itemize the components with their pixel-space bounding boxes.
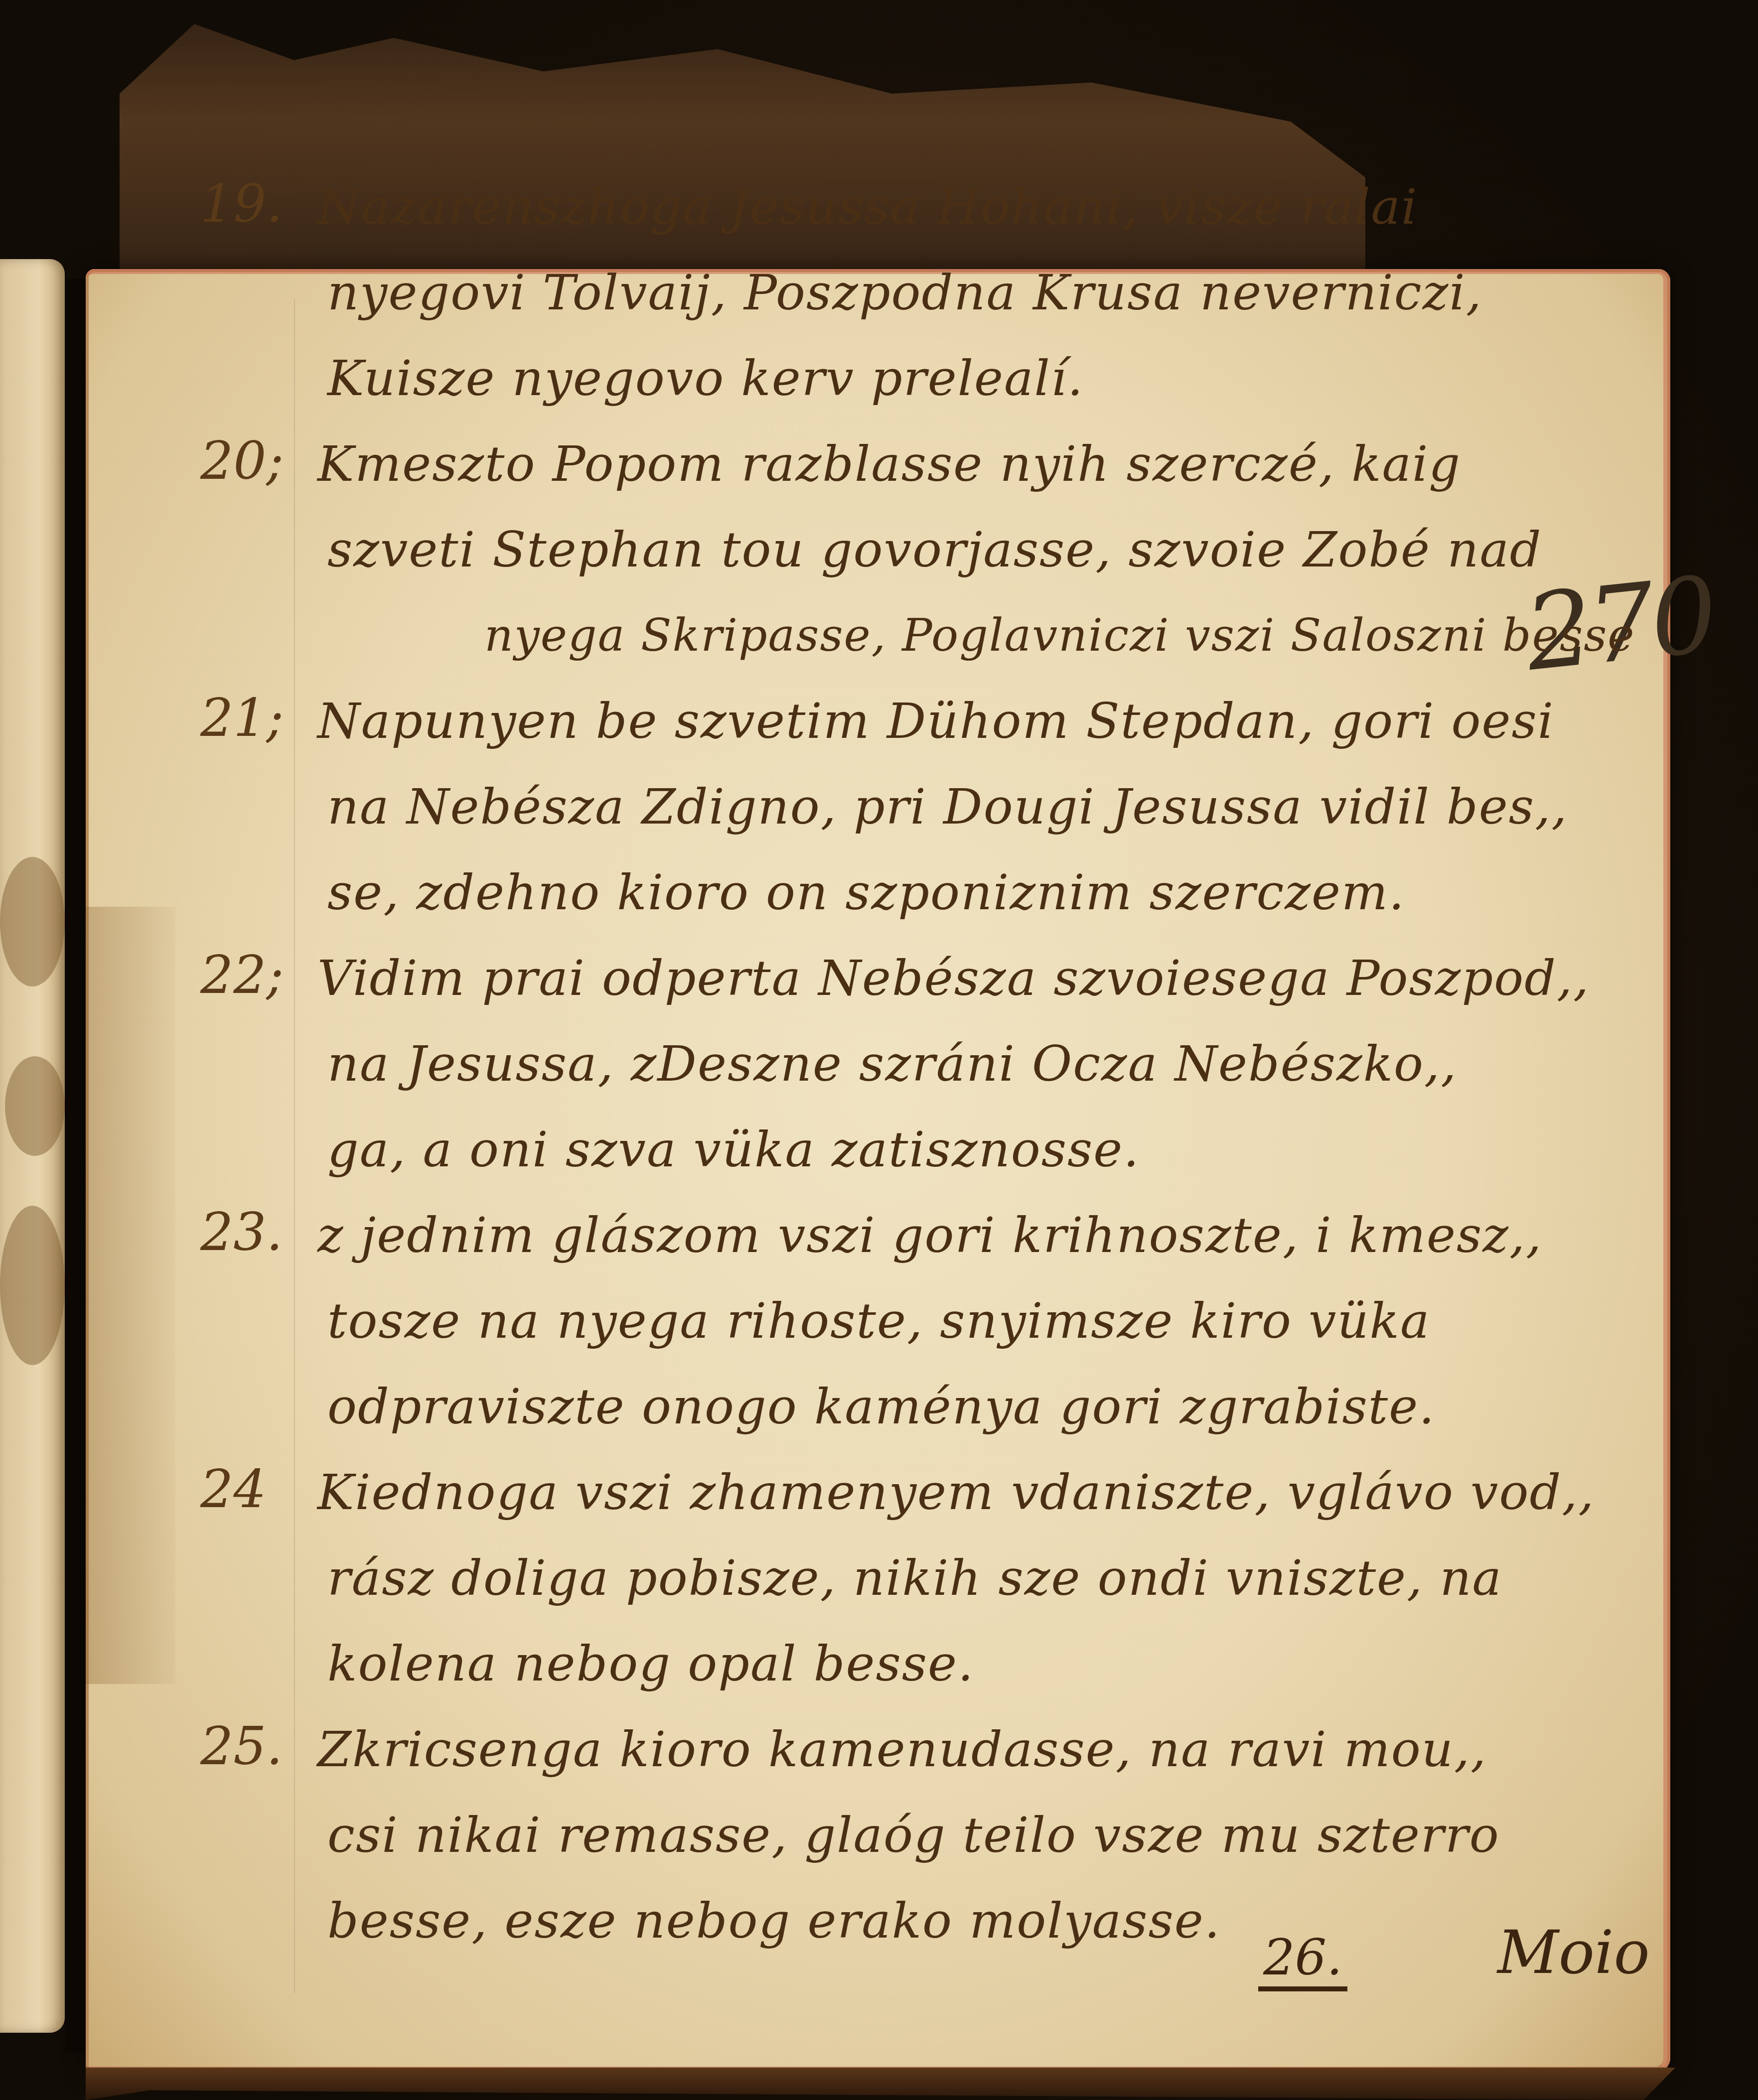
verse-line: ga, a oni szva vüka zatisznosse. — [205, 1107, 1680, 1193]
verse-number: 20; — [200, 430, 284, 491]
verse-line: nyegovi Tolvaij, Poszpodna Krusa neverni… — [205, 250, 1680, 336]
verse-line: Zkricsenga kioro kamenudasse, na ravi mo… — [205, 1707, 1680, 1793]
verse-list: 19. Nazarenszhoga Jesussa Hohani, visze … — [205, 164, 1680, 1964]
water-stain — [5, 1056, 65, 1156]
verse-25: 25. Zkricsenga kioro kamenudasse, na rav… — [205, 1707, 1680, 1964]
verse-number: 21; — [200, 688, 284, 748]
verse-line: Nazarenszhoga Jesussa Hohani, visze rala… — [205, 164, 1680, 250]
verse-line: rász doliga pobisze, nikih sze ondi vnis… — [205, 1536, 1680, 1621]
verse-line: na Jesussa, zDeszne szráni Ocza Nebészko… — [205, 1021, 1680, 1107]
verse-line: Kmeszto Popom razblasse nyih szerczé, ka… — [205, 421, 1680, 507]
verse-line: tosze na nyega rihoste, snyimsze kiro vü… — [205, 1278, 1680, 1364]
verse-24: 24 Kiednoga vszi zhamenyem vdaniszte, vg… — [205, 1450, 1680, 1707]
verse-line: z jednim glászom vszi gori krihnoszte, i… — [205, 1193, 1680, 1278]
next-verse-number: 26. — [1258, 1928, 1347, 1991]
verse-19: 19. Nazarenszhoga Jesussa Hohani, visze … — [205, 164, 1680, 421]
verse-line: Napunyen be szvetim Dühom Stepdan, gori … — [205, 679, 1680, 764]
verse-line: csi nikai remasse, glaóg teilo vsze mu s… — [205, 1793, 1680, 1878]
verse-line: na Nebésza Zdigno, pri Dougi Jesussa vid… — [205, 764, 1680, 850]
catchword: Moio — [1497, 1918, 1650, 1987]
water-stain — [0, 857, 65, 986]
book-gutter — [65, 279, 85, 2053]
verse-number: 19. — [200, 173, 283, 234]
adjacent-left-page — [0, 259, 65, 2033]
verse-22: 22; Vidim prai odperta Nebésza szvoieseg… — [205, 936, 1680, 1193]
water-stain — [0, 1206, 65, 1365]
verse-number: 23. — [200, 1202, 283, 1262]
verse-line: szveti Stephan tou govorjasse, szvoie Zo… — [205, 507, 1680, 593]
verse-21: 21; Napunyen be szvetim Dühom Stepdan, g… — [205, 679, 1680, 936]
verse-line: Vidim prai odperta Nebésza szvoiesega Po… — [205, 936, 1680, 1021]
verse-line: kolena nebog opal besse. — [205, 1621, 1680, 1707]
page-water-stain — [86, 907, 175, 1684]
verse-line: se, zdehno kioro on szponiznim szerczem. — [205, 850, 1680, 936]
verse-line: Kiednoga vszi zhamenyem vdaniszte, vgláv… — [205, 1450, 1680, 1536]
verse-line: besse, esze nebog erako molyasse. — [205, 1878, 1680, 1964]
verse-line: nyega Skripasse, Poglavniczi vszi Salosz… — [205, 593, 1680, 679]
verse-line: odpraviszte onogo kaménya gori zgrabiste… — [205, 1364, 1680, 1450]
verse-number: 22; — [200, 945, 284, 1005]
verse-number: 24 — [200, 1459, 266, 1520]
manuscript-scene: 270 19. Nazarenszhoga Jesussa Hohani, vi… — [0, 0, 1758, 2100]
worn-binding-bottom — [86, 2068, 1675, 2100]
verse-number: 25. — [200, 1716, 283, 1777]
verse-23: 23. z jednim glászom vszi gori krihnoszt… — [205, 1193, 1680, 1450]
verse-20: 20; Kmeszto Popom razblasse nyih szerczé… — [205, 421, 1680, 679]
verse-line: Kuisze nyegovo kerv prelealí. — [205, 336, 1680, 421]
